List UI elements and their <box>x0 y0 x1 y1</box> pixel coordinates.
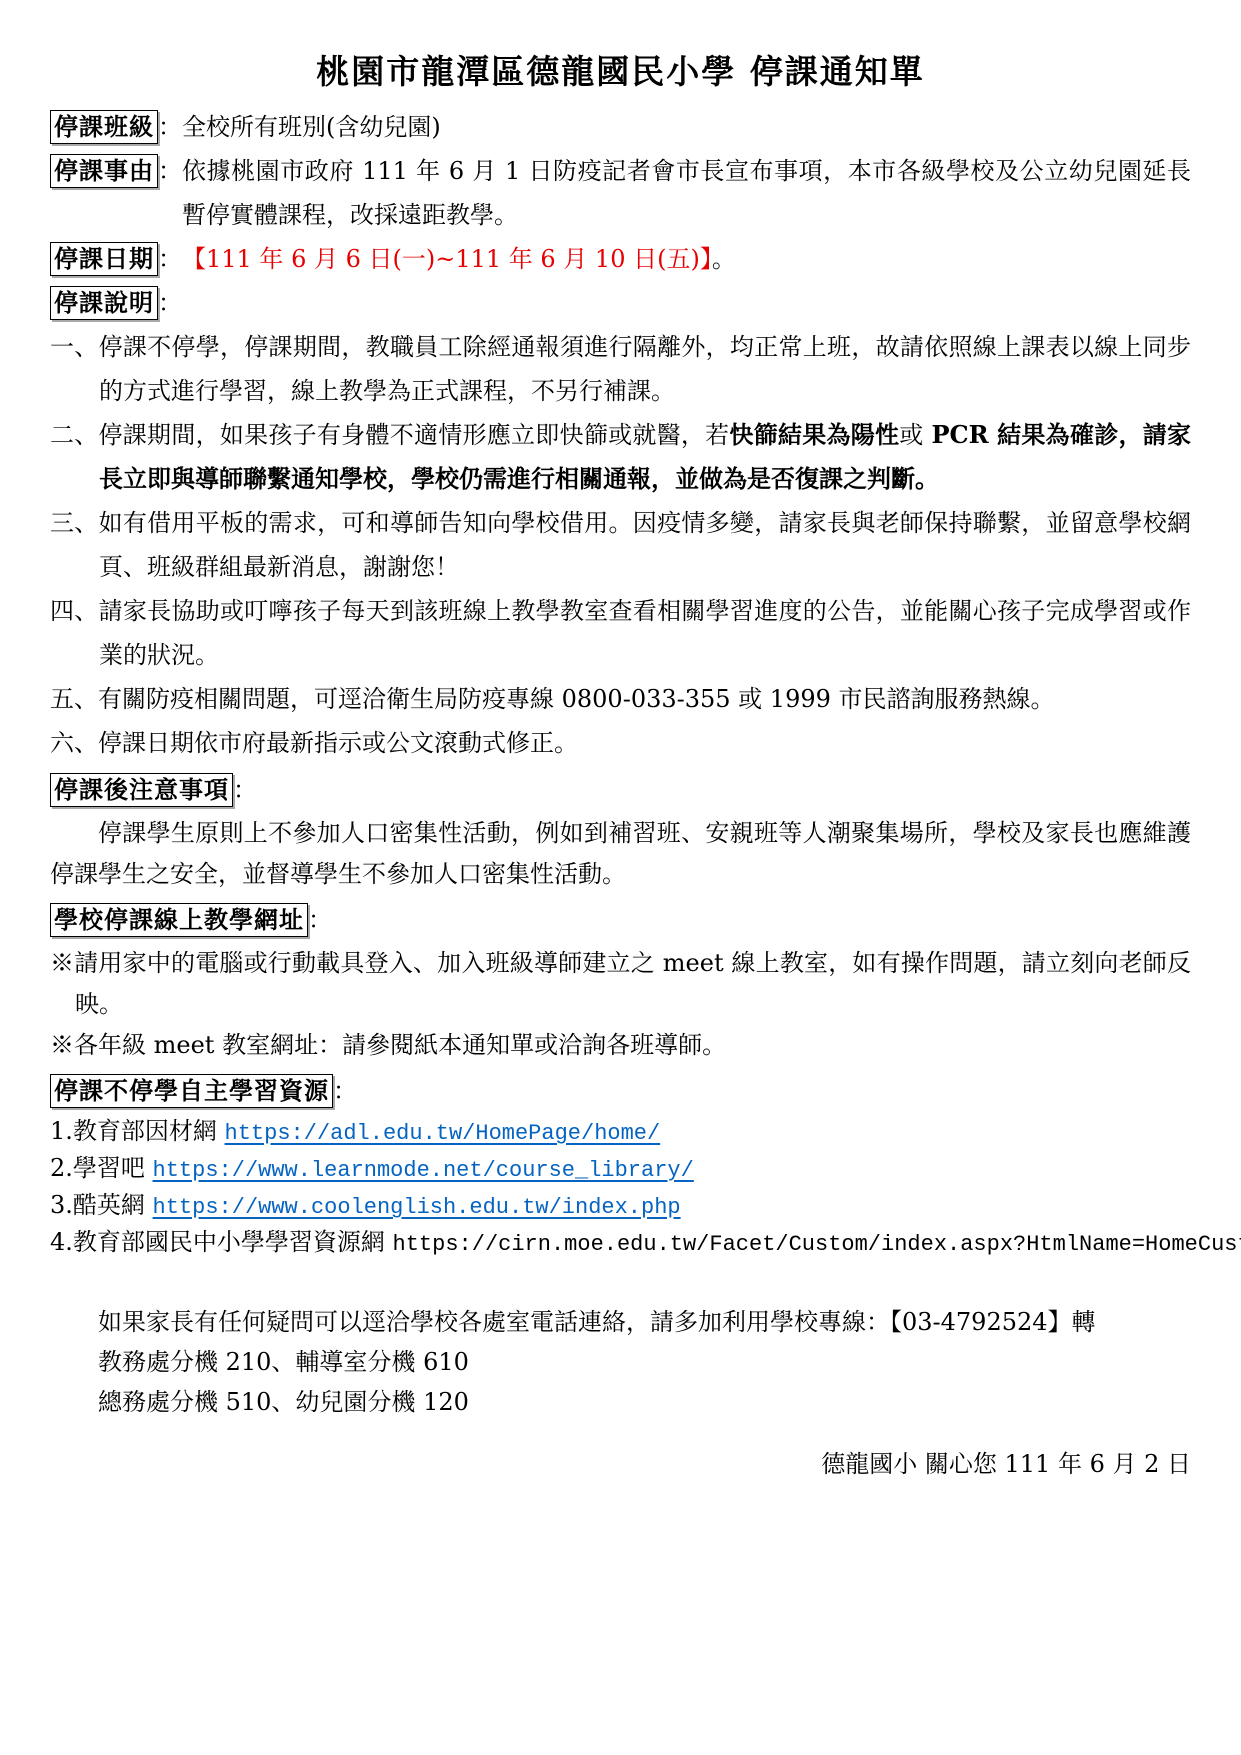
resource-name: 3.酷英網 <box>50 1191 153 1219</box>
label-colon: ： <box>308 906 332 934</box>
post-suspension-notice-label: 停課後注意事項 <box>50 773 233 807</box>
contact-block: 如果家長有任何疑問可以逕洽學校各處室電話連絡，請多加利用學校專線：【03-479… <box>98 1302 1191 1422</box>
suspended-classes-value: 全校所有班別(含幼兒園) <box>182 105 1191 149</box>
suspension-notes-label: 停課說明 <box>50 286 158 320</box>
notes-item-5: 五、有關防疫相關問題，可逕洽衛生局防疫專線 0800-033-355 或 199… <box>50 677 1191 721</box>
resource-item-learnmode: 2.學習吧 https://www.learnmode.net/course_l… <box>50 1151 1191 1188</box>
self-learning-resources-label: 停課不停學自主學習資源 <box>50 1074 333 1108</box>
notes-item-4: 四、請家長協助或叮嚀孩子每天到該班線上教學教室查看相關學習進度的公告，並能關心孩… <box>50 589 1191 677</box>
resource-url-cirn: https://cirn.moe.edu.tw/Facet/Custom/ind… <box>393 1232 1241 1257</box>
self-learning-resources-section: 停課不停學自主學習資源： <box>50 1068 1191 1114</box>
resource-item-coolenglish: 3.酷英網 https://www.coolenglish.edu.tw/ind… <box>50 1188 1191 1225</box>
suspension-reason-label: 停課事由 <box>50 154 158 188</box>
notes-item-2: 二、停課期間，如果孩子有身體不適情形應立即快篩或就醫，若快篩結果為陽性或 PCR… <box>50 413 1191 501</box>
resource-link-learnmode[interactable]: https://www.learnmode.net/course_library… <box>153 1158 694 1183</box>
suspension-dates-period: 。 <box>712 245 736 273</box>
signature-line: 德龍國小 關心您 111 年 6 月 2 日 <box>50 1444 1191 1484</box>
online-teaching-note-1: ※請用家中的電腦或行動載具登入、加入班級導師建立之 meet 線上教室，如有操作… <box>50 943 1191 1025</box>
label-colon: ： <box>158 289 182 317</box>
suspension-reason-field: 停課事由： 依據桃園市政府 111 年 6 月 1 日防疫記者會市長宣布事項，本… <box>50 149 1191 237</box>
contact-line-ext-1: 教務處分機 210、輔導室分機 610 <box>98 1342 1191 1382</box>
notes-item-6: 六、停課日期依市府最新指示或公文滾動式修正。 <box>50 721 1191 765</box>
resource-link-coolenglish[interactable]: https://www.coolenglish.edu.tw/index.php <box>153 1195 681 1220</box>
label-colon: ： <box>158 157 182 185</box>
document-title: 桃園市龍潭區德龍國民小學 停課通知單 <box>50 46 1191 93</box>
resource-name: 4.教育部國民中小學學習資源網 <box>50 1228 393 1256</box>
suspension-dates-label: 停課日期 <box>50 242 158 276</box>
contact-line-hotline: 如果家長有任何疑問可以逕洽學校各處室電話連絡，請多加利用學校專線：【03-479… <box>98 1302 1191 1342</box>
suspension-reason-value: 依據桃園市政府 111 年 6 月 1 日防疫記者會市長宣布事項，本市各級學校及… <box>182 149 1191 237</box>
resource-link-adl[interactable]: https://adl.edu.tw/HomePage/home/ <box>225 1121 661 1146</box>
post-suspension-notice-body: 停課學生原則上不參加人口密集性活動，例如到補習班、安親班等人潮聚集場所，學校及家… <box>50 813 1191 895</box>
resource-name: 2.學習吧 <box>50 1154 153 1182</box>
suspension-dates-value: 【111 年 6 月 6 日(一)~111 年 6 月 10 日(五)】。 <box>182 237 1191 281</box>
suspension-notes-list: 一、停課不停學，停課期間，教職員工除經通報須進行隔離外，均正常上班，故請依照線上… <box>50 325 1191 765</box>
online-teaching-url-label: 學校停課線上教學網址 <box>50 903 308 937</box>
label-colon: ： <box>333 1077 357 1105</box>
resource-item-cirn: 4.教育部國民中小學學習資源網 https://cirn.moe.edu.tw/… <box>50 1225 1191 1262</box>
suspension-notes-field: 停課說明： <box>50 281 1191 325</box>
contact-line-ext-2: 總務處分機 510、幼兒園分機 120 <box>98 1382 1191 1422</box>
resource-item-adl: 1.教育部因材網 https://adl.edu.tw/HomePage/hom… <box>50 1114 1191 1151</box>
suspension-dates-field: 停課日期： 【111 年 6 月 6 日(一)~111 年 6 月 10 日(五… <box>50 237 1191 281</box>
resource-name: 1.教育部因材網 <box>50 1117 225 1145</box>
notes-item-1: 一、停課不停學，停課期間，教職員工除經通報須進行隔離外，均正常上班，故請依照線上… <box>50 325 1191 413</box>
online-teaching-url-section: 學校停課線上教學網址： <box>50 897 1191 943</box>
suspension-dates-range: 【111 年 6 月 6 日(一)~111 年 6 月 10 日(五)】 <box>182 245 712 273</box>
post-suspension-notice-section: 停課後注意事項： <box>50 767 1191 813</box>
label-colon: ： <box>233 776 257 804</box>
notes-item-3: 三、如有借用平板的需求，可和導師告知向學校借用。因疫情多變，請家長與老師保持聯繫… <box>50 501 1191 589</box>
suspended-classes-label: 停課班級 <box>50 110 158 144</box>
suspended-classes-field: 停課班級： 全校所有班別(含幼兒園) <box>50 105 1191 149</box>
label-colon: ： <box>158 245 182 273</box>
label-colon: ： <box>158 113 182 141</box>
notice-document: 桃園市龍潭區德龍國民小學 停課通知單 停課班級： 全校所有班別(含幼兒園) 停課… <box>0 0 1241 1755</box>
online-teaching-note-2: ※各年級 meet 教室網址：請參閱紙本通知單或洽詢各班導師。 <box>50 1025 1191 1066</box>
